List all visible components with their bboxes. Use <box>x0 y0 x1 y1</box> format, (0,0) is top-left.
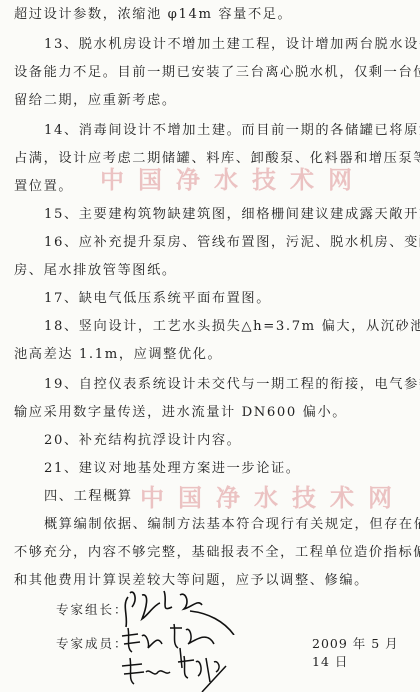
watermark: 中国净水技术网 <box>140 478 406 513</box>
text-line: 20、补充结构抗浮设计内容。 <box>0 432 420 450</box>
text-line: 19、自控仪表系统设计未交代与一期工程的衔接，电气参数传 <box>0 376 420 394</box>
text-line: 13、脱水机房设计不增加土建工程，设计增加两台脱水设备， <box>0 36 420 54</box>
text-line: 概算编制依据、编制方法基本符合现行有关规定，但存在依据 <box>0 516 420 534</box>
text-line: 14、消毒间设计不增加土建。而目前一期的各储罐已将原空间 <box>0 122 420 140</box>
text-line: 超过设计参数，浓缩池 φ14m 容量不足。 <box>0 6 420 24</box>
text-line: 输应采用数字量传送，进水流量计 DN600 偏小。 <box>0 404 420 422</box>
text-line: 17、缺电气低压系统平面布置图。 <box>0 290 420 308</box>
text-line: 15、主要建构筑物缺建筑图，细格栅间建议建成露天敞开式。 <box>0 206 420 224</box>
document-page: 超过设计参数，浓缩池 φ14m 容量不足。 13、脱水机房设计不增加土建工程，设… <box>0 0 420 692</box>
text-line: 留给二期，应重新考虑。 <box>0 92 420 110</box>
text-line: 18、竖向设计，工艺水头损失△h=3.7m 偏大，从沉砂池至缺氧 <box>0 318 420 336</box>
leader-label: 专家组长： <box>56 600 129 618</box>
text-line: 不够充分，内容不够完整，基础报表不全，工程单位造价指标偏高 <box>0 544 420 562</box>
text-line: 16、应补充提升泵房、管线布置图，污泥、脱水机房、变配电 <box>0 234 420 252</box>
member-signatures <box>118 622 248 692</box>
watermark: 中国净水技术网 <box>100 160 366 195</box>
text-line: 池高差达 1.1m，应调整优化。 <box>0 346 420 364</box>
document-date: 2009 年 5 月 14 日 <box>312 634 420 670</box>
text-line: 设备能力不足。目前一期已安装了三台离心脱水机，仅剩一台位置 <box>0 64 420 82</box>
text-line: 21、建议对地基处理方案进一步论证。 <box>0 460 420 478</box>
text-line: 房、尾水排放管等图纸。 <box>0 262 420 280</box>
